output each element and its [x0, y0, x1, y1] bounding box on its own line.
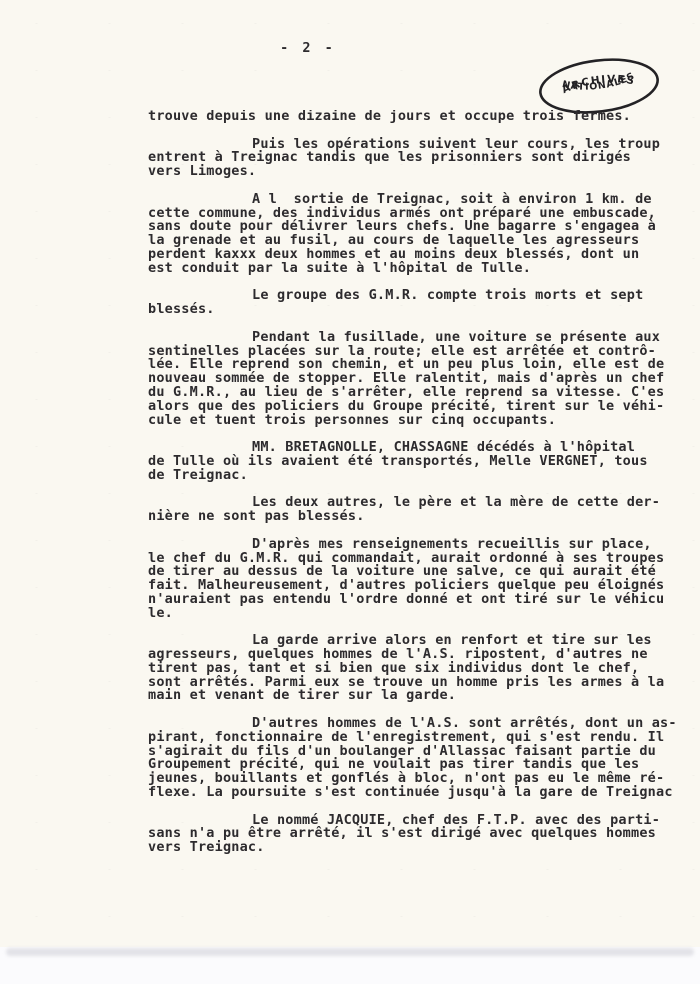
- text-line: n'auraient pas entendu l'ordre donné et …: [148, 593, 700, 607]
- paragraph: La garde arrive alors en renfort et tire…: [148, 634, 700, 703]
- text-line: vers Treignac.: [148, 841, 700, 855]
- paragraph: trouve depuis une dizaine de jours et oc…: [148, 110, 700, 124]
- text-line: nière ne sont pas blessés.: [148, 510, 700, 524]
- document-body: trouve depuis une dizaine de jours et oc…: [148, 110, 700, 947]
- paragraph: D'après mes renseignements recueillis su…: [148, 538, 700, 621]
- text-line: est conduit par la suite à l'hôpital de …: [148, 262, 700, 276]
- text-line: de Treignac.: [148, 469, 700, 483]
- paragraph: Le groupe des G.M.R. compte trois morts …: [148, 289, 700, 317]
- page-bottom-edge-shadow: [6, 948, 694, 956]
- text-line: Le groupe des G.M.R. compte trois morts …: [148, 289, 700, 303]
- paper-sheet: - 2 - ARCHIVES NATIONALES trouve depuis …: [0, 0, 700, 947]
- text-line: le.: [148, 607, 700, 621]
- paragraph: Le nommé JACQUIE, chef des F.T.P. avec d…: [148, 814, 700, 855]
- paragraph: D'autres hommes de l'A.S. sont arrêtés, …: [148, 717, 700, 800]
- scanned-document-page: { "colors": { "paper": "#faf8f1", "ink":…: [0, 0, 700, 984]
- text-line: cule et tuent trois personnes sur cinq o…: [148, 414, 700, 428]
- paragraph: A l sortie de Treignac, soit à environ 1…: [148, 193, 700, 276]
- text-line: main et venant de tirer sur la garde.: [148, 689, 700, 703]
- paragraph: Les deux autres, le père et la mère de c…: [148, 496, 700, 524]
- paragraph: MM. BRETAGNOLLE, CHASSAGNE décédés à l'h…: [148, 441, 700, 482]
- paragraph: Pendant la fusillade, une voiture se pré…: [148, 331, 700, 428]
- paragraph: Puis les opérations suivent leur cours, …: [148, 138, 700, 179]
- text-line: vers Limoges.: [148, 165, 700, 179]
- text-line: trouve depuis une dizaine de jours et oc…: [148, 110, 700, 124]
- text-line: blessés.: [148, 303, 700, 317]
- text-line: flexe. La poursuite s'est continuée jusq…: [148, 786, 700, 800]
- page-number: - 2 -: [248, 40, 368, 56]
